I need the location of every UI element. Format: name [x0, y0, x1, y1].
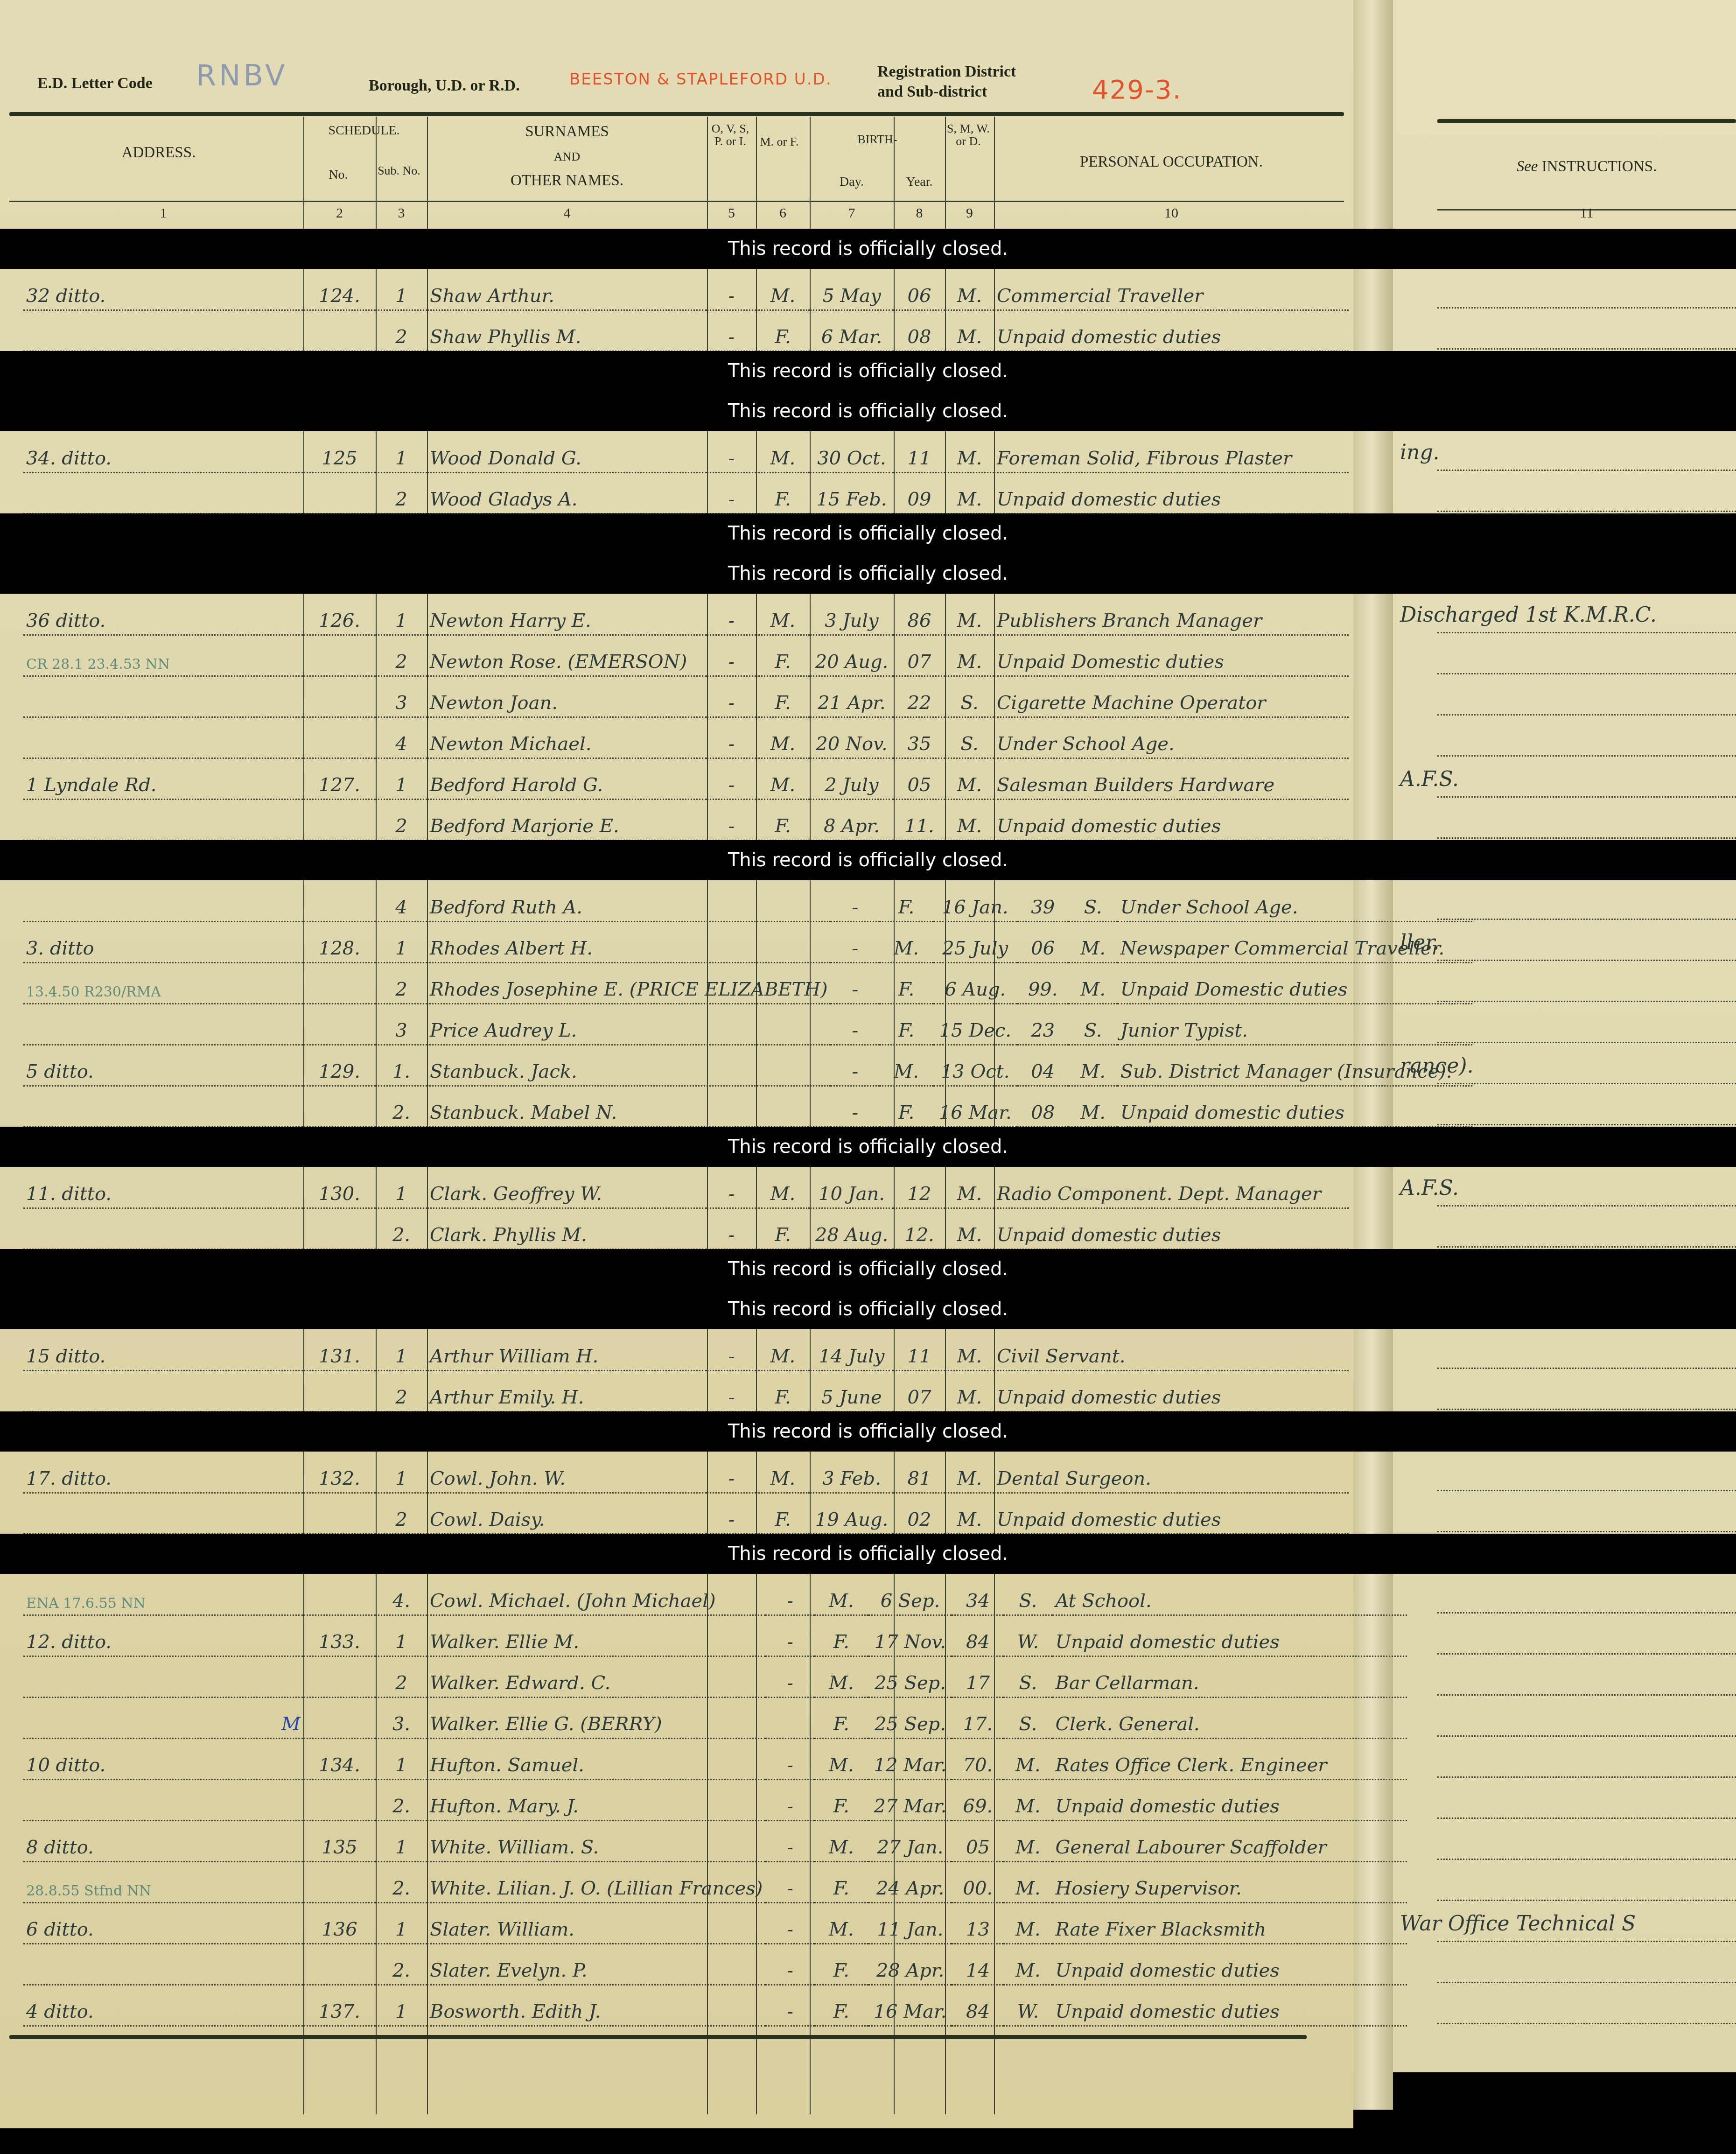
- cell-day: 21 Apr.: [810, 676, 894, 717]
- cell-occupation: Commercial Traveller: [994, 269, 1349, 310]
- col-other-names: OTHER NAMES.: [427, 173, 707, 189]
- cell-sched: 137.: [303, 1985, 376, 2026]
- cell-address: [23, 1086, 303, 1127]
- cell-sched: [303, 799, 376, 840]
- cell-year: 08: [894, 310, 945, 351]
- cell-year: 06: [1017, 921, 1069, 962]
- cell-sex: M.: [814, 1902, 868, 1944]
- cell-sched: 131.: [303, 1329, 376, 1370]
- cell-sched: [303, 635, 376, 676]
- cell-sub: 2.: [376, 1861, 427, 1902]
- col-birth-day: Day.: [810, 175, 894, 189]
- cell-day: 28 Apr.: [868, 1944, 952, 1985]
- cell-marital: W.: [1003, 1615, 1052, 1656]
- cell-name: White. Lilian. J. O. (Lillian Frances): [427, 1861, 765, 1902]
- remarks-line: [1437, 673, 1736, 674]
- cell-address: [23, 717, 303, 758]
- cell-year: 81: [894, 1452, 945, 1493]
- cell-sex: M.: [814, 1656, 868, 1697]
- remarks-line: [1437, 1776, 1736, 1778]
- cell-name: Newton Rose. (EMERSON): [427, 635, 707, 676]
- cell-day: 25 July: [933, 921, 1017, 962]
- cell-address: [23, 676, 303, 717]
- table-row: 34. ditto.1251Wood Donald G.-M.30 Oct.11…: [23, 431, 1349, 472]
- cell-marital: W.: [1003, 1985, 1052, 2026]
- cell-address: 11. ditto.: [23, 1167, 303, 1208]
- cell-year: 70.: [952, 1738, 1003, 1779]
- cell-sched: [303, 1208, 376, 1249]
- cell-occupation: Civil Servant.: [994, 1329, 1349, 1370]
- cell-name: Slater. William.: [427, 1902, 765, 1944]
- cell-sex: F.: [814, 1615, 868, 1656]
- cell-sex: F.: [756, 635, 810, 676]
- cell-day: 24 Apr.: [868, 1861, 952, 1902]
- cell-occupation: At School.: [1052, 1574, 1407, 1615]
- table-row: 2.Stanbuck. Mabel N.-F.16 Mar.08M.Unpaid…: [23, 1086, 1472, 1127]
- cell-day: 6 Aug.: [933, 962, 1017, 1003]
- remarks-line: [1437, 1612, 1736, 1614]
- remarks-line: [1437, 1124, 1736, 1125]
- table-row: 36 ditto.126.1Newton Harry E.-M.3 July86…: [23, 594, 1349, 635]
- col-sex: M. or F.: [756, 135, 803, 148]
- closed-record-bar: This record is officially closed.: [0, 391, 1736, 431]
- cell-day: 20 Nov.: [810, 717, 894, 758]
- cell-year: 00.: [952, 1861, 1003, 1902]
- cell-name: Bedford Marjorie E.: [427, 799, 707, 840]
- closed-record-bar: This record is officially closed.: [0, 1249, 1736, 1289]
- table-row: 28.8.55 Stfnd NN2.White. Lilian. J. O. (…: [23, 1861, 1407, 1902]
- cell-sub: 2: [376, 472, 427, 513]
- cell-marital: M.: [945, 758, 994, 799]
- cell-occupation: Unpaid domestic duties: [1052, 1779, 1407, 1820]
- cell-name: Rhodes Albert H.: [427, 921, 831, 962]
- cell-ovspi: -: [765, 1861, 814, 1902]
- cell-sub: 1: [376, 1167, 427, 1208]
- cell-sched: [303, 880, 376, 921]
- remarks-line: [1437, 632, 1736, 633]
- entries-table: 34. ditto.1251Wood Donald G.-M.30 Oct.11…: [23, 431, 1349, 514]
- cell-sex: F.: [880, 880, 933, 921]
- cell-marital: S.: [945, 717, 994, 758]
- cell-day: 28 Aug.: [810, 1208, 894, 1249]
- remarks-line: [1437, 1001, 1736, 1002]
- cell-address: [23, 472, 303, 513]
- col-schedule-sub: Sub. No.: [376, 164, 422, 177]
- cell-occupation: Foreman Solid, Fibrous Plaster: [994, 431, 1349, 472]
- cell-sex: F.: [756, 310, 810, 351]
- cell-sched: 126.: [303, 594, 376, 635]
- cell-occupation: Unpaid domestic duties: [994, 1208, 1349, 1249]
- cell-marital: M.: [1003, 1738, 1052, 1779]
- cell-marital: M.: [945, 799, 994, 840]
- table-row: CR 28.1 23.4.53 NN2Newton Rose. (EMERSON…: [23, 635, 1349, 676]
- cell-occupation: Unpaid Domestic duties: [994, 635, 1349, 676]
- table-row: 17. ditto.132.1Cowl. John. W.-M.3 Feb.81…: [23, 1452, 1349, 1493]
- cell-year: 99.: [1017, 962, 1069, 1003]
- cell-sched: [303, 1697, 376, 1738]
- cell-sub: 2.: [376, 1944, 427, 1985]
- remarks-line: [1437, 1042, 1736, 1043]
- cell-day: 3 July: [810, 594, 894, 635]
- cell-name: Newton Joan.: [427, 676, 707, 717]
- cell-sex: F.: [756, 799, 810, 840]
- cell-sex: M.: [756, 269, 810, 310]
- cell-occupation: Cigarette Machine Operator: [994, 676, 1349, 717]
- cell-day: 10 Jan.: [810, 1167, 894, 1208]
- cell-sched: 128.: [303, 921, 376, 962]
- cell-day: 25 Sep.: [868, 1656, 952, 1697]
- closed-record-bar: This record is officially closed.: [0, 554, 1736, 594]
- cell-address: 13.4.50 R230/RMA: [23, 962, 303, 1003]
- entries-table: 32 ditto.124.1Shaw Arthur.-M.5 May06M.Co…: [23, 269, 1349, 352]
- cell-sub: 2: [376, 310, 427, 351]
- cell-address: [23, 1779, 303, 1820]
- cell-marital: M.: [945, 431, 994, 472]
- cell-sex: M.: [756, 1329, 810, 1370]
- cell-marital: M.: [1003, 1820, 1052, 1861]
- cell-occupation: Unpaid domestic duties: [1052, 1985, 1407, 2026]
- remarks-line: [1437, 919, 1736, 920]
- cell-ovspi: -: [765, 1985, 814, 2026]
- cell-year: 07: [894, 1370, 945, 1411]
- col-ovspi: O, V, S, P. or I.: [707, 122, 754, 148]
- cell-sub: 2.: [376, 1779, 427, 1820]
- cell-day: 11 Jan.: [868, 1902, 952, 1944]
- cell-ovspi: -: [765, 1615, 814, 1656]
- cell-sub: 1: [376, 431, 427, 472]
- cell-ovspi: -: [707, 1167, 756, 1208]
- cell-name: Slater. Evelyn. P.: [427, 1944, 765, 1985]
- cell-marital: M.: [1003, 1902, 1052, 1944]
- closed-record-bar: This record is officially closed.: [0, 840, 1736, 880]
- remarks-line: [1437, 307, 1736, 309]
- remarks-line: [1437, 1653, 1736, 1655]
- remarks-line: [1437, 1900, 1736, 1901]
- table-row: 4 ditto.137.1Bosworth. Edith J.-F.16 Mar…: [23, 1985, 1407, 2026]
- header-top-rule-right: [1437, 119, 1736, 123]
- table-row: 6 ditto.1361Slater. William.-M.11 Jan.13…: [23, 1902, 1407, 1944]
- cell-name: Price Audrey L.: [427, 1003, 831, 1045]
- table-row: 12. ditto.133.1Walker. Ellie M.-F.17 Nov…: [23, 1615, 1407, 1656]
- cell-marital: M.: [945, 269, 994, 310]
- closed-record-bar: This record is officially closed.: [0, 1127, 1736, 1167]
- cell-address: 1 Lyndale Rd.: [23, 758, 303, 799]
- cell-name: Stanbuck. Mabel N.: [427, 1086, 831, 1127]
- table-row: 2Shaw Phyllis M.-F.6 Mar.08M.Unpaid dome…: [23, 310, 1349, 351]
- cell-sex: M.: [756, 431, 810, 472]
- cell-address: [23, 880, 303, 921]
- table-row: 11. ditto.130.1Clark. Geoffrey W.-M.10 J…: [23, 1167, 1349, 1208]
- cell-sched: [303, 962, 376, 1003]
- cell-sched: [303, 717, 376, 758]
- cell-marital: M.: [945, 1329, 994, 1370]
- remarks-line: [1437, 1205, 1736, 1207]
- cell-ovspi: -: [765, 1902, 814, 1944]
- cell-sched: 132.: [303, 1452, 376, 1493]
- cell-marital: M.: [945, 1370, 994, 1411]
- remarks-line: [1437, 1694, 1736, 1696]
- cell-name: Shaw Arthur.: [427, 269, 707, 310]
- cell-ovspi: -: [707, 472, 756, 513]
- cell-sub: 2: [376, 799, 427, 840]
- cell-occupation: Rate Fixer Blacksmith: [1052, 1902, 1407, 1944]
- cell-ovspi: -: [707, 1208, 756, 1249]
- cell-sched: 133.: [303, 1615, 376, 1656]
- cell-ovspi: -: [831, 880, 880, 921]
- cell-sub: 4.: [376, 1574, 427, 1615]
- remarks-line: [1437, 1083, 1736, 1084]
- remarks-line: [1437, 348, 1736, 350]
- cell-marital: M.: [945, 1167, 994, 1208]
- remarks-line: [1437, 1735, 1736, 1737]
- entries-table: 15 ditto.131.1Arthur William H.-M.14 Jul…: [23, 1329, 1349, 1412]
- cell-day: 3 Feb.: [810, 1452, 894, 1493]
- cell-address: 4 ditto.: [23, 1985, 303, 2026]
- column-number: 11: [1437, 205, 1736, 221]
- borough-label: Borough, U.D. or R.D.: [369, 77, 520, 95]
- cell-sex: F.: [756, 472, 810, 513]
- col-address: ADDRESS.: [19, 145, 299, 161]
- cell-marital: M.: [1003, 1861, 1052, 1902]
- cell-ovspi: -: [707, 431, 756, 472]
- cell-name: Bosworth. Edith J.: [427, 1985, 765, 2026]
- cell-ovspi: -: [707, 717, 756, 758]
- cell-name: White. William. S.: [427, 1820, 765, 1861]
- cell-address: [23, 799, 303, 840]
- cell-sched: 127.: [303, 758, 376, 799]
- cell-name: Cowl. Daisy.: [427, 1493, 707, 1534]
- column-number: 8: [894, 205, 945, 221]
- cell-sex: F.: [880, 1086, 933, 1127]
- cell-year: 09: [894, 472, 945, 513]
- cell-day: 13 Oct.: [933, 1045, 1017, 1086]
- cell-sub: 3: [376, 1003, 427, 1045]
- table-row: 5 ditto.129.1.Stanbuck. Jack.-M.13 Oct.0…: [23, 1045, 1472, 1086]
- cell-occupation: Unpaid domestic duties: [994, 1493, 1349, 1534]
- cell-day: 15 Feb.: [810, 472, 894, 513]
- cell-sub: 2: [376, 1370, 427, 1411]
- header-bottom-rule: [9, 201, 1344, 202]
- cell-ovspi: -: [707, 594, 756, 635]
- cell-name: Hufton. Mary. J.: [427, 1779, 765, 1820]
- cell-sub: 1: [376, 1329, 427, 1370]
- cell-day: 19 Aug.: [810, 1493, 894, 1534]
- cell-sched: [303, 1003, 376, 1045]
- cell-sub: 2.: [376, 1208, 427, 1249]
- cell-day: 16 Mar.: [868, 1985, 952, 2026]
- cell-address: [23, 1656, 303, 1697]
- cell-year: 84: [952, 1615, 1003, 1656]
- cell-sub: 2: [376, 962, 427, 1003]
- cell-name: Cowl. Michael. (John Michael): [427, 1574, 765, 1615]
- remarks-line: [1437, 1490, 1736, 1491]
- cell-sched: [303, 1574, 376, 1615]
- cell-day: 30 Oct.: [810, 431, 894, 472]
- cell-marital: S.: [1069, 880, 1118, 921]
- remarks-line: [1437, 796, 1736, 798]
- cell-address: M: [23, 1697, 303, 1738]
- cell-ovspi: -: [765, 1656, 814, 1697]
- column-number: 2: [303, 205, 376, 221]
- cell-occupation: Newspaper Commercial Traveller.: [1118, 921, 1472, 962]
- cell-name: Arthur William H.: [427, 1329, 707, 1370]
- borough-value: BEESTON & STAPLEFORD U.D.: [569, 70, 832, 89]
- cell-occupation: Dental Surgeon.: [994, 1452, 1349, 1493]
- cell-year: 05: [894, 758, 945, 799]
- cell-sched: 135: [303, 1820, 376, 1861]
- cell-day: 27 Jan.: [868, 1820, 952, 1861]
- table-row: 2.Clark. Phyllis M.-F.28 Aug.12.M.Unpaid…: [23, 1208, 1349, 1249]
- cell-sched: 136: [303, 1902, 376, 1944]
- cell-year: 12.: [894, 1208, 945, 1249]
- cell-marital: S.: [945, 676, 994, 717]
- remarks-line: [1437, 1368, 1736, 1369]
- cell-sex: F.: [814, 1861, 868, 1902]
- cell-occupation: Unpaid domestic duties: [994, 472, 1349, 513]
- cell-sched: 129.: [303, 1045, 376, 1086]
- remarks-line: [1437, 714, 1736, 716]
- cell-name: Walker. Ellie M.: [427, 1615, 765, 1656]
- table-row: 3Price Audrey L.-F.15 Dec.23S.Junior Typ…: [23, 1003, 1472, 1045]
- remarks-line: [1437, 2023, 1736, 2024]
- cell-sex: F.: [814, 1944, 868, 1985]
- closed-record-bar: This record is officially closed.: [0, 1411, 1736, 1452]
- cell-ovspi: -: [707, 310, 756, 351]
- cell-year: 84: [952, 1985, 1003, 2026]
- entries-table: 36 ditto.126.1Newton Harry E.-M.3 July86…: [23, 594, 1349, 841]
- column-number: 1: [23, 205, 303, 221]
- table-row: 1 Lyndale Rd.127.1Bedford Harold G.-M.2 …: [23, 758, 1349, 799]
- cell-name: Bedford Ruth A.: [427, 880, 831, 921]
- cell-address: 3. ditto: [23, 921, 303, 962]
- cell-ovspi: -: [831, 1086, 880, 1127]
- col-schedule: SCHEDULE.: [303, 124, 425, 137]
- cell-name: Stanbuck. Jack.: [427, 1045, 831, 1086]
- cell-ovspi: -: [831, 1045, 880, 1086]
- column-number: 4: [427, 205, 707, 221]
- cell-sched: [303, 310, 376, 351]
- cell-occupation: Unpaid Domestic duties: [1118, 962, 1472, 1003]
- cell-ovspi: -: [765, 1738, 814, 1779]
- cell-sex: F.: [880, 962, 933, 1003]
- remarks-line: [1437, 1859, 1736, 1860]
- cell-day: 16 Jan.: [933, 880, 1017, 921]
- cell-sub: 4: [376, 717, 427, 758]
- cell-sex: F.: [756, 1493, 810, 1534]
- remarks-line: [1437, 1531, 1736, 1532]
- cell-sched: [303, 1086, 376, 1127]
- cell-ovspi: [765, 1697, 814, 1738]
- cell-ovspi: -: [707, 758, 756, 799]
- cell-sched: [303, 676, 376, 717]
- cell-occupation: Radio Component. Dept. Manager: [994, 1167, 1349, 1208]
- column-number: 6: [756, 205, 810, 221]
- cell-year: 02: [894, 1493, 945, 1534]
- cell-address: [23, 1208, 303, 1249]
- cell-year: 17.: [952, 1697, 1003, 1738]
- cell-ovspi: -: [831, 921, 880, 962]
- cell-occupation: Unpaid domestic duties: [1052, 1615, 1407, 1656]
- cell-sex: F.: [756, 676, 810, 717]
- cell-address: [23, 1944, 303, 1985]
- cell-address: 17. ditto.: [23, 1452, 303, 1493]
- cell-day: 8 Apr.: [810, 799, 894, 840]
- closed-record-bar: This record is officially closed.: [0, 351, 1736, 391]
- cell-day: 25 Sep.: [868, 1697, 952, 1738]
- col-marital: S, M, W. or D.: [945, 122, 992, 148]
- cell-day: 27 Mar.: [868, 1779, 952, 1820]
- cell-year: 34: [952, 1574, 1003, 1615]
- cell-sub: 1: [376, 921, 427, 962]
- registration-district-value: 429-3.: [1092, 75, 1182, 105]
- cell-year: 14: [952, 1944, 1003, 1985]
- cell-address: 8 ditto.: [23, 1820, 303, 1861]
- cell-sub: 2.: [376, 1086, 427, 1127]
- cell-year: 08: [1017, 1086, 1069, 1127]
- cell-day: 2 July: [810, 758, 894, 799]
- ed-letter-code-value: RNBV: [196, 58, 288, 92]
- table-row: 2Wood Gladys A.-F.15 Feb.09M.Unpaid dome…: [23, 472, 1349, 513]
- cell-name: Clark. Phyllis M.: [427, 1208, 707, 1249]
- cell-day: 12 Mar.: [868, 1738, 952, 1779]
- cell-name: Arthur Emily. H.: [427, 1370, 707, 1411]
- cell-sex: M.: [756, 594, 810, 635]
- cell-sub: 1: [376, 1615, 427, 1656]
- cell-ovspi: -: [707, 635, 756, 676]
- col-surnames-and: AND: [427, 150, 707, 163]
- remarks-line: [1437, 755, 1736, 757]
- cell-year: 05: [952, 1820, 1003, 1861]
- cell-sched: [303, 1944, 376, 1985]
- cell-marital: M.: [945, 472, 994, 513]
- cell-year: 23: [1017, 1003, 1069, 1045]
- cell-ovspi: -: [765, 1574, 814, 1615]
- table-row: 4Bedford Ruth A.-F.16 Jan.39S.Under Scho…: [23, 880, 1472, 921]
- cell-address: 34. ditto.: [23, 431, 303, 472]
- remarks-line: [1437, 470, 1736, 471]
- cell-address: 6 ditto.: [23, 1902, 303, 1944]
- remarks-line: [1437, 837, 1736, 839]
- cell-name: Hufton. Samuel.: [427, 1738, 765, 1779]
- cell-sub: 1: [376, 758, 427, 799]
- cell-occupation: Rates Office Clerk. Engineer: [1052, 1738, 1407, 1779]
- cell-sex: F.: [814, 1985, 868, 2026]
- cell-address: 10 ditto.: [23, 1738, 303, 1779]
- cell-sched: 125: [303, 431, 376, 472]
- cell-occupation: Clerk. General.: [1052, 1697, 1407, 1738]
- cell-marital: M.: [1069, 1086, 1118, 1127]
- cell-sub: 1: [376, 594, 427, 635]
- cell-ovspi: -: [707, 1329, 756, 1370]
- cell-year: 69.: [952, 1779, 1003, 1820]
- cell-marital: M.: [945, 1452, 994, 1493]
- table-row: 2Walker. Edward. C.-M.25 Sep.17S.Bar Cel…: [23, 1656, 1407, 1697]
- cell-ovspi: -: [765, 1944, 814, 1985]
- table-row: M3.Walker. Ellie G. (BERRY)F.25 Sep.17.S…: [23, 1697, 1407, 1738]
- cell-sex: F.: [814, 1779, 868, 1820]
- cell-sched: [303, 1493, 376, 1534]
- cell-sex: M.: [756, 1167, 810, 1208]
- cell-occupation: Unpaid domestic duties: [994, 799, 1349, 840]
- col-birth: BIRTH-: [810, 133, 945, 146]
- cell-sub: 3: [376, 676, 427, 717]
- column-number: 7: [810, 205, 894, 221]
- cell-sched: [303, 472, 376, 513]
- cell-name: Clark. Geoffrey W.: [427, 1167, 707, 1208]
- cell-sex: M.: [756, 717, 810, 758]
- cell-day: 15 Dec.: [933, 1003, 1017, 1045]
- cell-ovspi: -: [765, 1779, 814, 1820]
